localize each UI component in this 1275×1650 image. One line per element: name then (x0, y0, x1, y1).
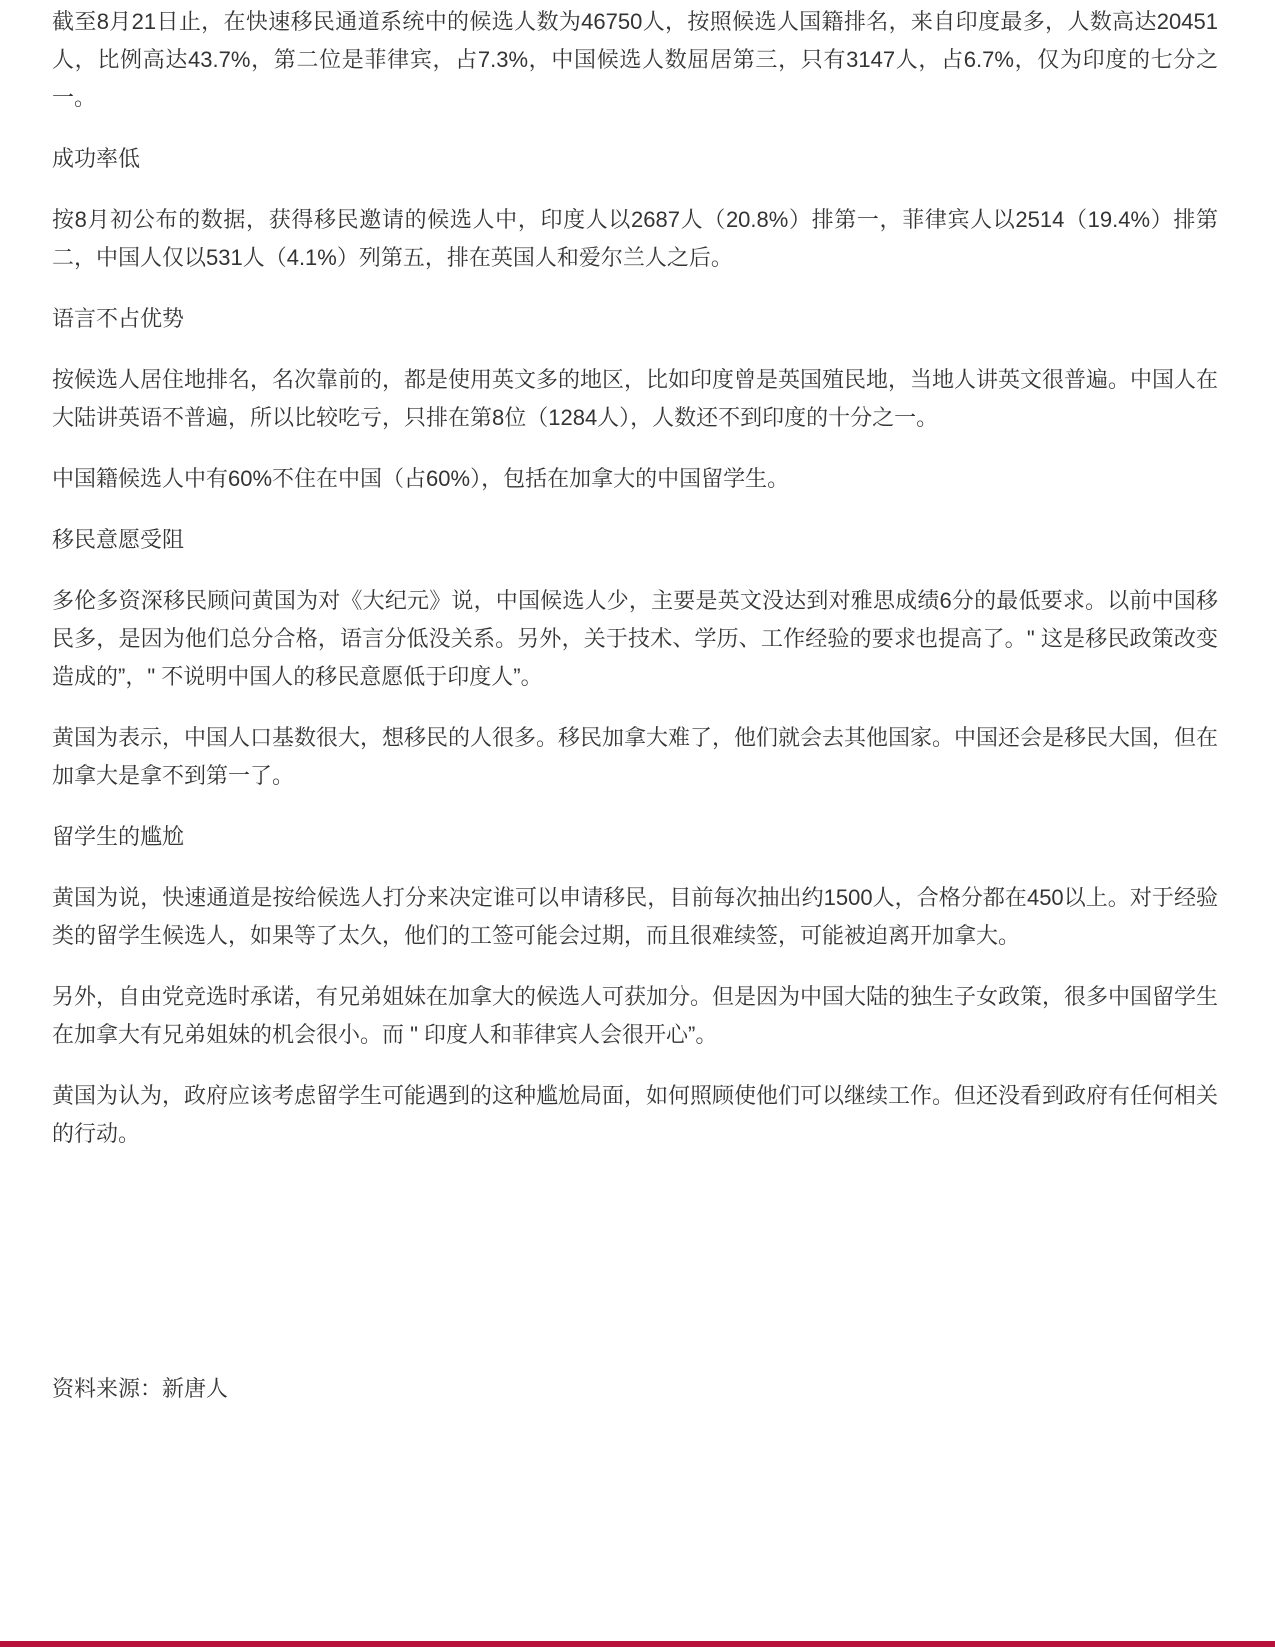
footer-accent-bar (0, 1641, 1275, 1647)
article-paragraph: 黄国为说，快速通道是按给候选人打分来决定谁可以申请移民，目前每次抽出约1500人… (52, 879, 1218, 955)
section-heading: 移民意愿受阻 (52, 521, 1218, 559)
article-body: 截至8月21日止，在快速移民通道系统中的候选人数为46750人，按照候选人国籍排… (52, 3, 1218, 1153)
section-heading: 成功率低 (52, 140, 1218, 178)
article-paragraph: 多伦多资深移民顾问黄国为对《大纪元》说，中国候选人少，主要是英文没达到对雅思成绩… (52, 582, 1218, 696)
article: 截至8月21日止，在快速移民通道系统中的候选人数为46750人，按照候选人国籍排… (0, 0, 1275, 1408)
article-paragraph: 黄国为表示，中国人口基数很大，想移民的人很多。移民加拿大难了，他们就会去其他国家… (52, 719, 1218, 795)
article-paragraph: 另外，自由党竞选时承诺，有兄弟姐妹在加拿大的候选人可获加分。但是因为中国大陆的独… (52, 978, 1218, 1054)
article-paragraph: 黄国为认为，政府应该考虑留学生可能遇到的这种尴尬局面，如何照顾使他们可以继续工作… (52, 1077, 1218, 1153)
page: 截至8月21日止，在快速移民通道系统中的候选人数为46750人，按照候选人国籍排… (0, 0, 1275, 1650)
article-paragraph: 按候选人居住地排名，名次靠前的，都是使用英文多的地区，比如印度曾是英国殖民地，当… (52, 361, 1218, 437)
source-line: 资料来源：新唐人 (52, 1370, 1218, 1408)
section-heading: 留学生的尴尬 (52, 818, 1218, 856)
article-paragraph: 按8月初公布的数据，获得移民邀请的候选人中，印度人以2687人（20.8%）排第… (52, 201, 1218, 277)
article-paragraph: 中国籍候选人中有60%不住在中国（占60%），包括在加拿大的中国留学生。 (52, 460, 1218, 498)
article-paragraph: 截至8月21日止，在快速移民通道系统中的候选人数为46750人，按照候选人国籍排… (52, 3, 1218, 117)
section-heading: 语言不占优势 (52, 300, 1218, 338)
